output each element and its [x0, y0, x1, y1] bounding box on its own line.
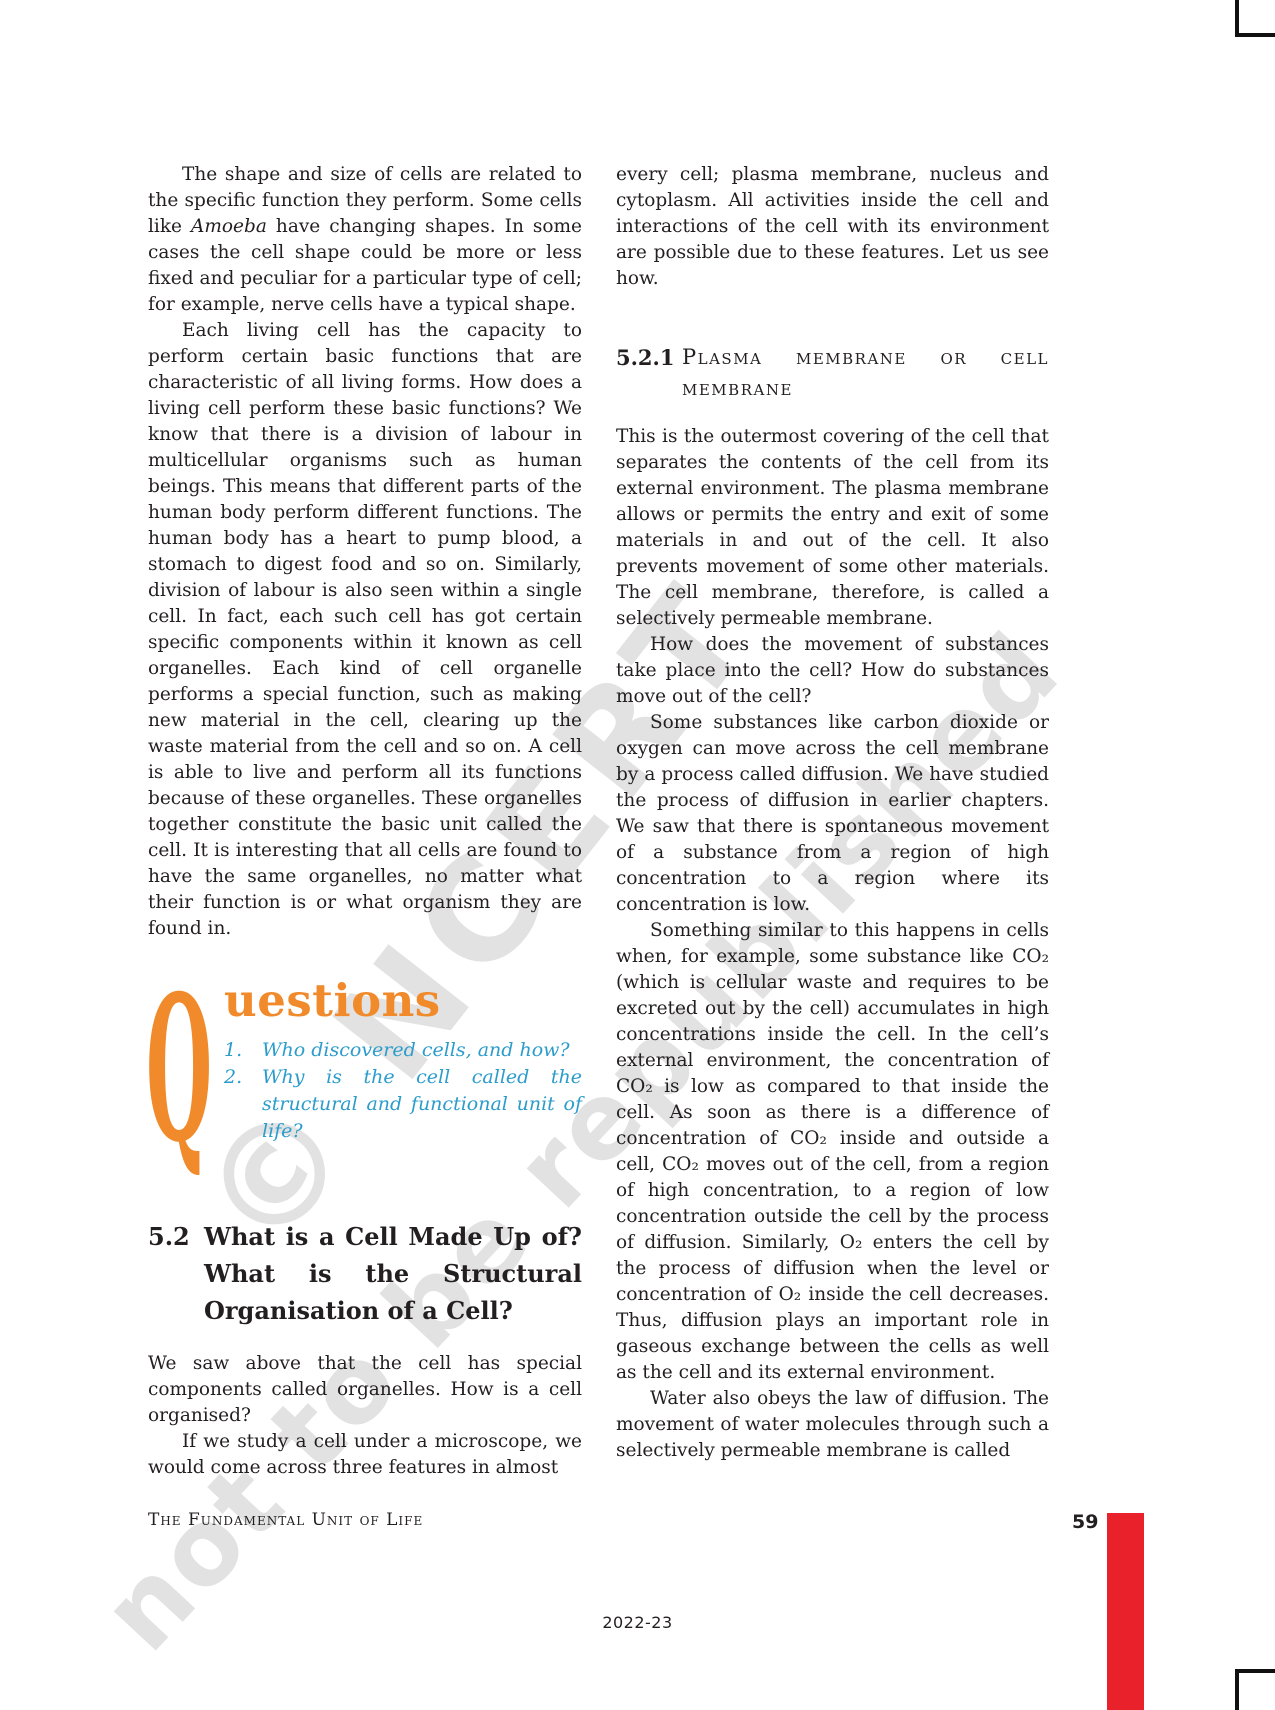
section-number: 5.2.1 — [616, 342, 682, 404]
edition-year-code: 2022-23 — [0, 1613, 1275, 1632]
crop-mark-bottom-right-vertical — [1235, 1669, 1239, 1710]
question-number: 1. — [224, 1037, 262, 1064]
section-title: Plasma membrane or cell membrane — [682, 342, 1049, 404]
paragraph-water-diffusion: Water also obeys the law of diffusion. T… — [616, 1386, 1049, 1464]
crop-mark-top-right-horizontal — [1235, 33, 1275, 37]
left-column: The shape and size of cells are related … — [148, 162, 582, 1481]
section-number: 5.2 — [148, 1218, 204, 1329]
italic-term-amoeba: Amoeba — [191, 216, 267, 237]
section-5-2-heading: 5.2 What is a Cell Made Up of? What is t… — [148, 1218, 582, 1329]
section-title-line: What is the Structural — [204, 1255, 582, 1292]
paragraph-three-features: every cell; plasma membrane, nucleus and… — [616, 162, 1049, 292]
crop-mark-bottom-right-horizontal — [1235, 1669, 1275, 1673]
right-column: every cell; plasma membrane, nucleus and… — [616, 162, 1049, 1464]
footer-chapter-title: The Fundamental Unit of Life — [148, 1510, 423, 1530]
paragraph-movement-question: How does the movement of substances take… — [616, 632, 1049, 710]
paragraph-microscope: If we study a cell under a microscope, w… — [148, 1429, 582, 1481]
paragraph-cell-shape: The shape and size of cells are related … — [148, 162, 582, 318]
red-page-edge-marker — [1107, 1513, 1144, 1710]
question-item-2: 2. Why is the cell called the structural… — [224, 1064, 582, 1145]
question-text: Why is the cell called the structural an… — [262, 1064, 582, 1145]
questions-title: uestions — [224, 978, 582, 1023]
questions-section: Q uestions 1. Who discovered cells, and … — [148, 978, 582, 1190]
question-drop-cap: Q — [146, 970, 212, 1170]
question-item-1: 1. Who discovered cells, and how? — [224, 1037, 582, 1064]
page-number: 59 — [1072, 1511, 1098, 1533]
paragraph-outermost-covering: This is the outermost covering of the ce… — [616, 424, 1049, 632]
paragraph-cell-organised: We saw above that the cell has special c… — [148, 1351, 582, 1429]
section-title-line: What is a Cell Made Up of? — [204, 1218, 582, 1255]
question-text: Who discovered cells, and how? — [262, 1037, 582, 1064]
section-title: What is a Cell Made Up of? What is the S… — [204, 1218, 582, 1329]
textbook-page: © NCERT not to be republished The shape … — [0, 0, 1275, 1710]
crop-mark-top-right-vertical — [1235, 0, 1239, 37]
section-5-2-1-heading: 5.2.1 Plasma membrane or cell membrane — [616, 342, 1049, 404]
question-number: 2. — [224, 1064, 262, 1145]
paragraph-co2-exchange: Something similar to this happens in cel… — [616, 918, 1049, 1386]
section-title-line: Organisation of a Cell? — [204, 1292, 582, 1329]
paragraph-diffusion: Some substances like carbon dioxide or o… — [616, 710, 1049, 918]
paragraph-division-of-labour: Each living cell has the capacity to per… — [148, 318, 582, 942]
